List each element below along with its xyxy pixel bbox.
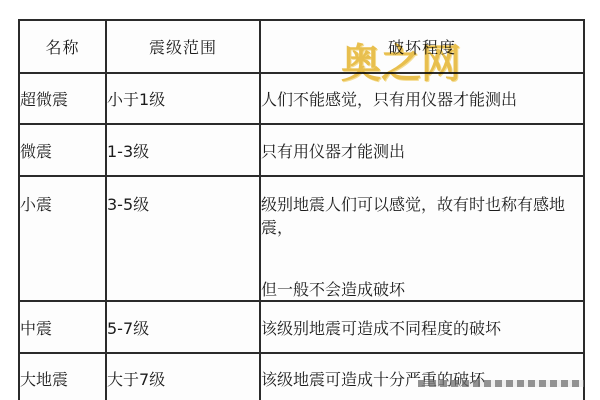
cell-name: 小震 bbox=[19, 176, 106, 301]
earthquake-magnitude-table: 名称 震级范围 破坏程度 超微震 小于1级 人们不能感觉，只有用仪器才能测出 微… bbox=[18, 19, 585, 400]
cell-damage: 只有用仪器才能测出 bbox=[260, 124, 584, 176]
header-damage-degree-label: 破坏程度 bbox=[388, 38, 456, 57]
row-range-text: 大于7级 bbox=[107, 370, 165, 389]
row-name-text: 超微震 bbox=[20, 90, 68, 109]
header-magnitude-range: 震级范围 bbox=[106, 20, 260, 73]
row-damage-text-line2: 但一般不会造成破坏 bbox=[261, 277, 583, 300]
row-name-text: 小震 bbox=[20, 195, 52, 214]
cell-range: 大于7级 bbox=[106, 353, 260, 400]
row-damage-text-line1: 级别地震人们可以感觉，故有时也称有感地震， bbox=[261, 192, 583, 238]
table-row: 大地震 大于7级 该级地震可造成十分严重的破坏 bbox=[19, 353, 584, 400]
row-range-text: 5-7级 bbox=[107, 319, 149, 338]
cell-name: 微震 bbox=[19, 124, 106, 176]
cell-range: 小于1级 bbox=[106, 73, 260, 124]
cell-damage: 人们不能感觉，只有用仪器才能测出 bbox=[260, 73, 584, 124]
row-name-text: 中震 bbox=[20, 319, 52, 338]
table-row: 中震 5-7级 该级别地震可造成不同程度的破坏 bbox=[19, 301, 584, 353]
header-name-label: 名称 bbox=[45, 38, 79, 57]
row-damage-text: 该级地震可造成十分严重的破坏 bbox=[261, 370, 485, 389]
cell-range: 1-3级 bbox=[106, 124, 260, 176]
row-damage-text: 该级别地震可造成不同程度的破坏 bbox=[261, 319, 501, 338]
table-row: 小震 3-5级 级别地震人们可以感觉，故有时也称有感地震， 但一般不会造成破坏 bbox=[19, 176, 584, 301]
header-magnitude-range-label: 震级范围 bbox=[149, 38, 217, 57]
row-damage-text: 只有用仪器才能测出 bbox=[261, 142, 405, 161]
row-name-text: 微震 bbox=[20, 142, 52, 161]
row-range-text: 3-5级 bbox=[107, 195, 149, 214]
row-damage-text: 人们不能感觉，只有用仪器才能测出 bbox=[261, 90, 517, 109]
cell-name: 超微震 bbox=[19, 73, 106, 124]
cell-damage: 该级地震可造成十分严重的破坏 bbox=[260, 353, 584, 400]
cell-damage: 该级别地震可造成不同程度的破坏 bbox=[260, 301, 584, 353]
cell-range: 3-5级 bbox=[106, 176, 260, 301]
page: 名称 震级范围 破坏程度 超微震 小于1级 人们不能感觉，只有用仪器才能测出 微… bbox=[0, 0, 600, 400]
row-name-text: 大地震 bbox=[20, 370, 68, 389]
cell-damage: 级别地震人们可以感觉，故有时也称有感地震， 但一般不会造成破坏 bbox=[260, 176, 584, 301]
row-range-text: 小于1级 bbox=[107, 90, 165, 109]
row-range-text: 1-3级 bbox=[107, 142, 149, 161]
table-row: 微震 1-3级 只有用仪器才能测出 bbox=[19, 124, 584, 176]
header-damage-degree: 破坏程度 bbox=[260, 20, 584, 73]
cell-range: 5-7级 bbox=[106, 301, 260, 353]
cell-name: 中震 bbox=[19, 301, 106, 353]
header-name: 名称 bbox=[19, 20, 106, 73]
table-header-row: 名称 震级范围 破坏程度 bbox=[19, 20, 584, 73]
cell-name: 大地震 bbox=[19, 353, 106, 400]
table-row: 超微震 小于1级 人们不能感觉，只有用仪器才能测出 bbox=[19, 73, 584, 124]
